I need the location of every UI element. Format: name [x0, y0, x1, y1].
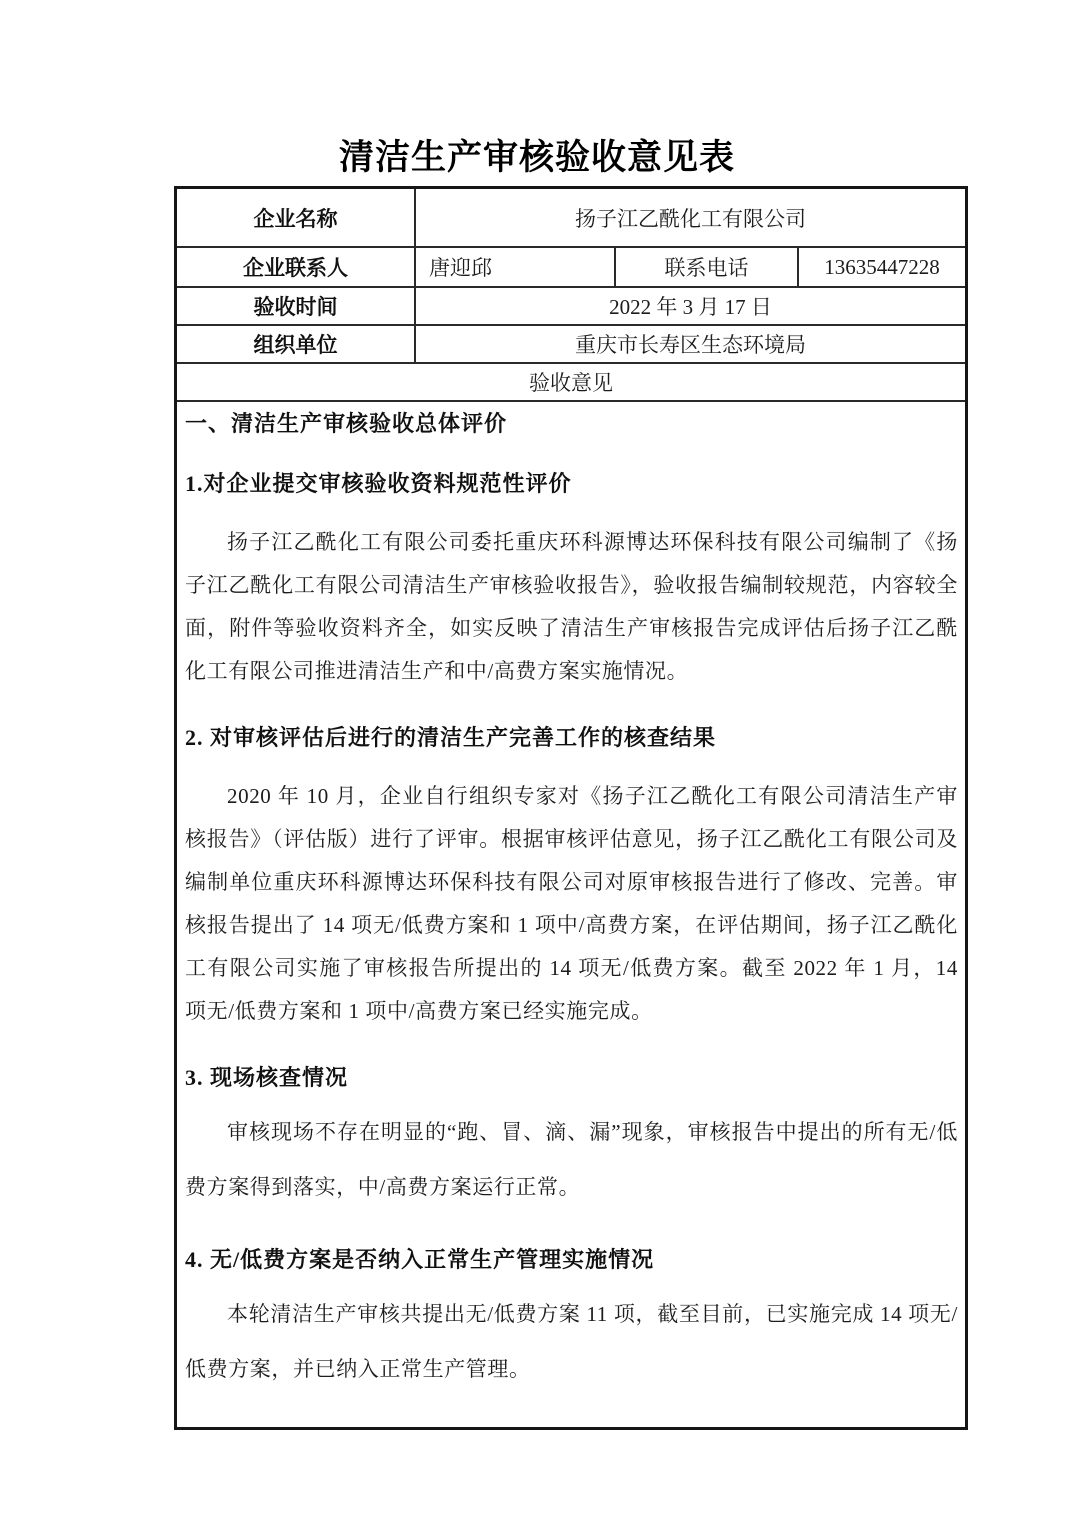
opinion-overall-heading: 一、清洁生产审核验收总体评价: [185, 409, 958, 439]
section1-heading: 1.对企业提交审核验收资料规范性评价: [185, 469, 958, 499]
contact-person-label: 企业联系人: [177, 248, 414, 286]
section2-heading: 2. 对审核评估后进行的清洁生产完善工作的核查结果: [185, 723, 958, 753]
organizer-label: 组织单位: [177, 326, 414, 362]
table-row-contact: 企业联系人 唐迎邱 联系电话 13635447228: [177, 248, 965, 288]
opinion-header: 验收意见: [177, 364, 965, 400]
page-title: 清洁生产审核验收意见表: [0, 130, 1074, 180]
organizer-value: 重庆市长寿区生态环境局: [414, 326, 965, 362]
document-page: 清洁生产审核验收意见表 企业名称 扬子江乙酰化工有限公司 企业联系人 唐迎邱 联…: [0, 0, 1074, 1520]
section3-paragraph: 审核现场不存在明显的“跑、冒、滴、漏”现象，审核报告中提出的所有无/低费方案得到…: [185, 1105, 958, 1215]
acceptance-date-label: 验收时间: [177, 288, 414, 324]
phone-value: 13635447228: [797, 248, 965, 286]
table-row-opinion-header: 验收意见: [177, 364, 965, 402]
section1-paragraph: 扬子江乙酰化工有限公司委托重庆环科源博达环保科技有限公司编制了《扬子江乙酰化工有…: [185, 521, 958, 693]
table-row-company: 企业名称 扬子江乙酰化工有限公司: [177, 189, 965, 248]
contact-person-value: 唐迎邱: [414, 248, 614, 286]
company-name-value: 扬子江乙酰化工有限公司: [414, 189, 965, 246]
phone-label: 联系电话: [614, 248, 797, 286]
section2-paragraph: 2020 年 10 月，企业自行组织专家对《扬子江乙酰化工有限公司清洁生产审核报…: [185, 775, 958, 1033]
table-row-acceptance-date: 验收时间 2022 年 3 月 17 日: [177, 288, 965, 326]
section3-heading: 3. 现场核查情况: [185, 1063, 958, 1093]
acceptance-date-value: 2022 年 3 月 17 日: [414, 288, 965, 324]
acceptance-form-table: 企业名称 扬子江乙酰化工有限公司 企业联系人 唐迎邱 联系电话 13635447…: [174, 186, 968, 1430]
table-row-organizer: 组织单位 重庆市长寿区生态环境局: [177, 326, 965, 364]
company-name-label: 企业名称: [177, 189, 414, 246]
opinion-body-cell: 一、清洁生产审核验收总体评价 1.对企业提交审核验收资料规范性评价 扬子江乙酰化…: [177, 402, 965, 1427]
section4-paragraph: 本轮清洁生产审核共提出无/低费方案 11 项，截至目前，已实施完成 14 项无/…: [185, 1287, 958, 1397]
section4-heading: 4. 无/低费方案是否纳入正常生产管理实施情况: [185, 1245, 958, 1275]
